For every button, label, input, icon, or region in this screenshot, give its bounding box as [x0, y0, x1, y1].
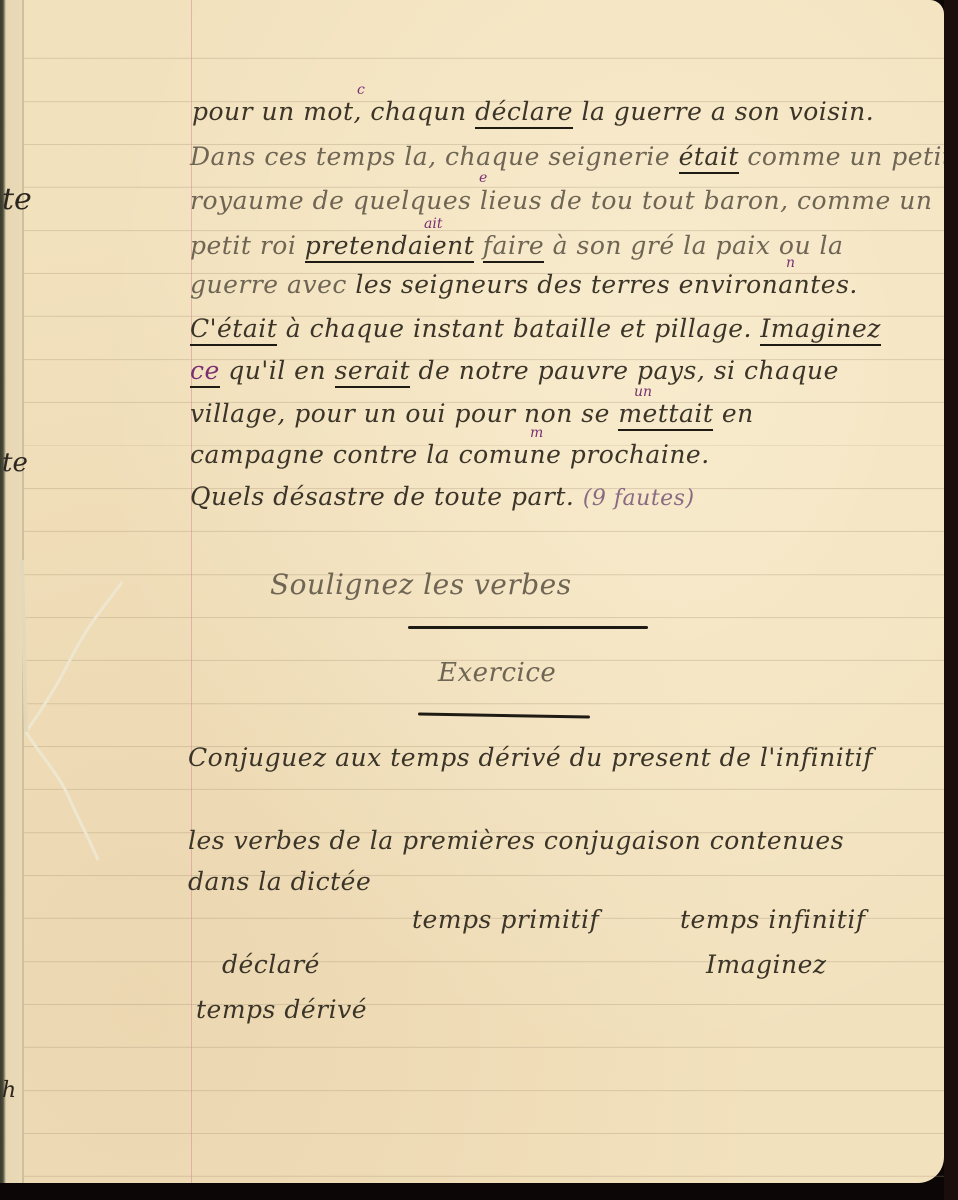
- exercise-instruction-line-3: dans la dictée: [188, 867, 371, 896]
- exercise-instruction-line-1: Conjuguez aux temps dérivé du present de…: [188, 743, 873, 772]
- dictation-text: Quels désastre de toute part.: [190, 482, 574, 511]
- verb-declare: déclaré: [222, 950, 320, 979]
- fault-count: (9 fautes): [583, 486, 695, 511]
- margin-note-top: te: [2, 182, 32, 217]
- exercise-instruction-line-2: les verbes de la premières conjugaison c…: [188, 826, 844, 855]
- correction-mark: ait: [424, 216, 442, 232]
- row-label-derive: temps dérivé: [196, 995, 367, 1024]
- separator-rule: [418, 712, 590, 718]
- margin-note-bottom: h: [2, 1078, 16, 1103]
- dictation-line-6: C'était à chaque instant bataille et pil…: [190, 314, 881, 343]
- column-header-infinitif: temps infinitif: [680, 905, 866, 934]
- column-header-primitif: temps primitif: [412, 905, 599, 934]
- exercise-title: Exercice: [438, 658, 556, 688]
- notebook-page: te te h pour un mot, chaqun déclare la g…: [0, 0, 944, 1183]
- dictation-line-9: campagne contre la comune prochaine.: [190, 440, 710, 469]
- margin-note-middle: te: [2, 448, 28, 478]
- correction-mark: m: [530, 425, 543, 441]
- correction-mark: un: [634, 384, 652, 400]
- correction-mark: n: [786, 255, 795, 271]
- dictation-line-5: guerre avec les seigneurs des terres env…: [190, 270, 858, 299]
- dictation-line-7: ce qu'il en serait de notre pauvre pays,…: [190, 356, 839, 385]
- separator-rule: [408, 626, 648, 629]
- notebook-cover-edge: [944, 0, 958, 1200]
- dictation-text: pour un mot, chaqun déclare la guerre a …: [192, 97, 874, 129]
- dictation-line-3: royaume de quelques lieus de tou tout ba…: [190, 186, 932, 215]
- underline-verbs-heading: Soulignez les verbes: [270, 568, 572, 601]
- binding-string-icon: [0, 560, 140, 870]
- verb-imaginez: Imaginez: [706, 950, 827, 979]
- dictation-line-8: village, pour un oui pour non se mettait…: [190, 399, 754, 428]
- dictation-line-2: Dans ces temps la, chaque seignerie étai…: [190, 142, 953, 171]
- dictation-line-1: pour un mot, chaqun déclare la guerre a …: [192, 97, 874, 126]
- dictation-line-4: petit roi pretendaient faire à son gré l…: [190, 231, 843, 260]
- dictation-line-10: Quels désastre de toute part. (9 fautes): [190, 482, 695, 511]
- correction-mark: e: [479, 170, 487, 186]
- correction-mark: c: [357, 82, 365, 98]
- margin-line: [191, 0, 192, 1183]
